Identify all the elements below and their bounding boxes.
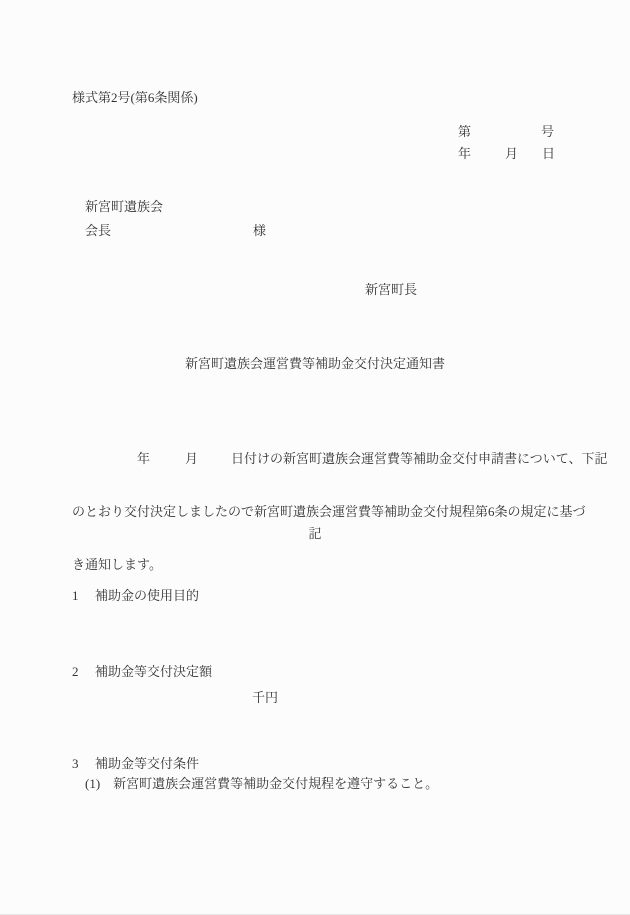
list-item-1-label: 補助金の使用目的 [95,588,199,603]
addressee-role: 会長 [85,223,111,238]
date-line: 年月日 [458,143,555,162]
body-year-blank-field [72,462,137,463]
list-item-2: 2補助金等交付決定額 [72,661,212,680]
body-line-3: き通知します。 [72,554,572,575]
doc-number-suffix: 号 [541,124,554,139]
amount-unit-label: 千円 [252,687,278,706]
body-line-1: 年月日付けの新宮町遺族会運営費等補助金交付申請書について、下記 [72,448,572,469]
date-year-label: 年 [458,146,471,161]
doc-number-prefix: 第 [458,124,471,139]
record-mark: 記 [0,523,630,542]
list-item-3-label: 補助金等交付条件 [95,756,199,771]
addressee-honorific: 様 [253,223,266,238]
addressee-organization: 新宮町遺族会 [85,196,163,215]
list-item-2-number: 2 [72,664,95,680]
list-item-3-condition-1: (1) 新宮町遺族会運営費等補助金交付規程を遵守すること。 [85,773,438,792]
list-item-1-number: 1 [72,588,95,604]
body-paragraph: 年月日付けの新宮町遺族会運営費等補助金交付申請書について、下記 のとおり交付決定… [72,416,572,607]
date-day-label: 日 [542,146,555,161]
body-day-blank-field [198,462,231,463]
list-item-2-label: 補助金等交付決定額 [95,664,212,679]
list-item-3: 3補助金等交付条件 [72,753,199,772]
date-month-blank-field [471,157,505,158]
doc-number-line: 第号 [458,121,554,140]
date-month-label: 月 [505,146,518,161]
body-line-2: のとおり交付決定しましたので新宮町遺族会運営費等補助金交付規程第6条の規定に基づ [72,501,572,522]
addressee-role-line: 会長様 [85,220,266,239]
document-title: 新宮町遺族会運営費等補助金交付決定通知書 [0,353,630,372]
list-item-1: 1補助金の使用目的 [72,585,199,604]
form-label: 様式第2号(第6条関係) [72,87,198,106]
sender-name: 新宮町長 [365,279,417,298]
doc-number-blank-field [471,135,541,136]
body-year-label: 年 [137,451,150,466]
body-line-1-text: 日付けの新宮町遺族会運営費等補助金交付申請書について、下記 [231,451,607,466]
document-page: 様式第2号(第6条関係) 第号 年月日 新宮町遺族会 会長様 新宮町長 新宮町遺… [0,0,630,915]
addressee-name-blank-field [111,234,253,235]
body-month-label: 月 [185,451,198,466]
list-item-3-number: 3 [72,756,95,772]
date-day-blank-field [518,157,542,158]
body-month-blank-field [150,462,185,463]
